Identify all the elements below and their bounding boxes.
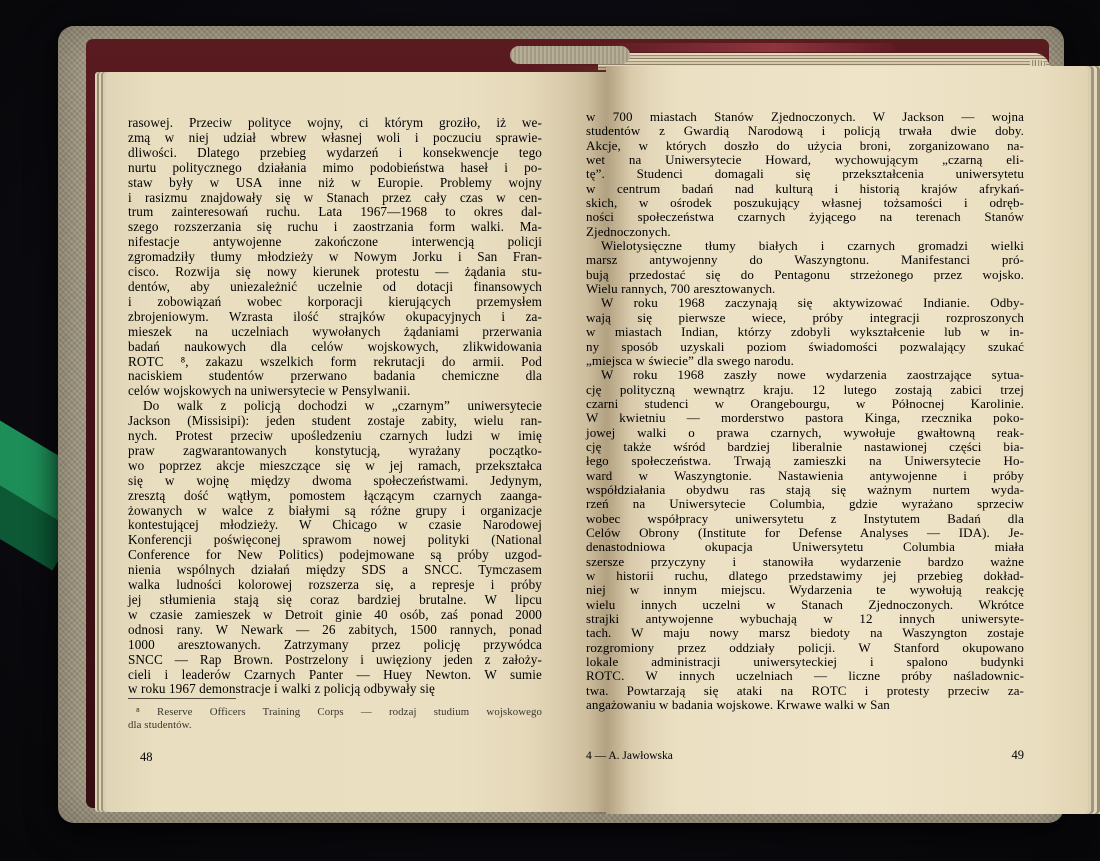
text-line: szego rozszerzania się ruchu i zaostrzan…	[128, 220, 542, 235]
text-line: się w wojnę między dwoma społeczeństwami…	[128, 474, 542, 489]
text-line: bują przedostać się do Pentagonu strzeżo…	[586, 268, 1024, 282]
signature-mark: 4 — A. Jawłowska	[586, 750, 673, 762]
text-line: nurtu politycznego działania mimo podobi…	[128, 161, 542, 176]
text-line: naciskiem studentów przerwano badania ch…	[128, 369, 542, 384]
text-line: jej stłumienia stają się coraz bardziej …	[128, 593, 542, 608]
text-line: tę”. Studenci domagali się przekształcen…	[586, 167, 1024, 181]
text-line: tach. W maju nowy marsz biedoty na Waszy…	[586, 626, 1024, 640]
text-line: w roku 1967 demonstracje i walki z polic…	[128, 682, 542, 697]
paragraph: ⁸ Reserve Officers Training Corps — rodz…	[128, 706, 542, 732]
text-line: nienia wspólnych działań między SDS a SN…	[128, 563, 542, 578]
text-line: lokale administracji uniwersyteckiej i s…	[586, 655, 1024, 669]
paragraph: W roku 1968 zaszły nowe wydarzenia zaost…	[586, 368, 1024, 712]
text-line: skich, w ośrodek poszukujący własnej toż…	[586, 196, 1024, 210]
text-line: i rasizmu znajdowały się w Stanach przez…	[128, 191, 542, 206]
text-line: czarni studenci w Orangebourgu, w Północ…	[586, 397, 1024, 411]
text-line: walka ludności kolorowej rozszerza się, …	[128, 578, 542, 593]
right-page-footer: 4 — A. Jawłowska 49	[586, 748, 1024, 763]
text-line: trum zainteresowań ruchu. Lata 1967—1968…	[128, 205, 542, 220]
text-line: „miejsca w świecie” dla swego narodu.	[586, 354, 1024, 368]
page-number-right: 49	[1012, 748, 1025, 763]
text-line: ⁸ Reserve Officers Training Corps — rodz…	[128, 706, 542, 719]
text-line: Wielu rannych, 700 aresztowanych.	[586, 282, 1024, 296]
text-line: staw były w USA inne niż w Europie. Prob…	[128, 176, 542, 191]
text-line: studentów z Gwardią Narodową i policją t…	[586, 124, 1024, 138]
text-line: w 700 miastach Stanów Zjednoczonych. W J…	[586, 110, 1024, 124]
text-line: nifestacje antywojenne zakończone interw…	[128, 235, 542, 250]
text-line: wo poprzez akcje mieszczące się w jej ra…	[128, 459, 542, 474]
text-line: Konferencji poświęconej sprawom nowej po…	[128, 533, 542, 548]
page-number-left: 48	[140, 750, 153, 765]
text-line: cieli i leaderów Czarnych Panter — Huey …	[128, 668, 542, 683]
right-page-text: w 700 miastach Stanów Zjednoczonych. W J…	[586, 110, 1024, 712]
text-line: odnosi rany. W Newark — 26 zabitych, 150…	[128, 623, 542, 638]
text-line: żowanych w walce z białymi są różne grup…	[128, 504, 542, 519]
cover-board-gloss	[594, 43, 894, 52]
text-line: jowej walki o prawa czarnych, wywołuje g…	[586, 426, 1024, 440]
text-line: dla studentów.	[128, 719, 542, 732]
text-line: niej w innym miejscu. Wydarzenia te wywo…	[586, 583, 1024, 597]
text-line: wobec współpracy uniwersytetu z Instytut…	[586, 512, 1024, 526]
text-line: dliwości. Dlatego przebieg wydarzeń i ko…	[128, 146, 542, 161]
text-line: mieszek na uczelniach wywołanych żądania…	[128, 325, 542, 340]
text-line: wają się pierwsze wiece, próby integracj…	[586, 311, 1024, 325]
text-line: Zjednoczonych.	[586, 225, 1024, 239]
text-line: Conference for New Politics) podejmowane…	[128, 548, 542, 563]
text-line: współdziałania obydwu ras stają się ważn…	[586, 483, 1024, 497]
text-line: nych. Protest przeciw upośledzeniu czarn…	[128, 429, 542, 444]
left-page-text: rasowej. Przeciw polityce wojny, ci któr…	[128, 116, 542, 697]
text-line: rasowej. Przeciw polityce wojny, ci któr…	[128, 116, 542, 131]
text-line: zbrojeniowym. Wzrasta ilość strajków oku…	[128, 310, 542, 325]
text-line: rozgromiony przez oddziały policji. W St…	[586, 641, 1024, 655]
paragraph: w 700 miastach Stanów Zjednoczonych. W J…	[586, 110, 1024, 239]
text-line: badań naukowych dla celów wojskowych, zl…	[128, 340, 542, 355]
text-line: i zobowiązań wobec korporacji kierującyc…	[128, 295, 542, 310]
text-line: cisco. Rozwija się nowy kierunek protest…	[128, 265, 542, 280]
text-line: ward w Waszyngtonie. Nastawienia antywoj…	[586, 469, 1024, 483]
footnote-rule	[128, 698, 236, 699]
text-line: ny sposób uzyskali poziom świadomości po…	[586, 340, 1024, 354]
text-line: w historii ruchu, dlatego przedstawimy j…	[586, 569, 1024, 583]
paragraph: Wielotysięczne tłumy białych i czarnych …	[586, 239, 1024, 296]
text-line: 1000 aresztowanych. Zatrzymany przez pol…	[128, 638, 542, 653]
text-line: wet na Uniwersytecie Howard, wychowujący…	[586, 153, 1024, 167]
text-line: dentów, aby uniezależnić uczelnie od dot…	[128, 280, 542, 295]
text-line: W roku 1968 zaszły nowe wydarzenia zaost…	[586, 368, 1024, 382]
text-line: Do walk z policją dochodzi w „czarnym” u…	[128, 399, 542, 414]
text-line: w centrum badań nad kulturą i historią k…	[586, 182, 1024, 196]
paragraph: W roku 1968 zaczynają się aktywizować In…	[586, 296, 1024, 368]
text-line: Wielotysięczne tłumy białych i czarnych …	[586, 239, 1024, 253]
text-line: SNCC — Rap Brown. Postrzelony i uwięzion…	[128, 653, 542, 668]
text-line: szersze przyczyny i stanowiła wydarzenie…	[586, 555, 1024, 569]
text-line: Jackson (Missisipi): jeden student zosta…	[128, 414, 542, 429]
text-line: Celów Obrony (Institute for Defense Anal…	[586, 526, 1024, 540]
open-book: rasowej. Przeciw polityce wojny, ci któr…	[58, 26, 1064, 823]
text-line: zgromadziły tłumy młodzieży w Nowym Jork…	[128, 250, 542, 265]
text-line: rzeń na Uniwersytecie Columbia, gdzie wy…	[586, 497, 1024, 511]
text-line: Akcje, w których doszło do użycia broni,…	[586, 139, 1024, 153]
text-line: kontestującej młodzieży. W Chicago w cza…	[128, 518, 542, 533]
text-line: ności społeczeństwa czarnych żyjącego na…	[586, 210, 1024, 224]
paragraph: rasowej. Przeciw polityce wojny, ci któr…	[128, 116, 542, 399]
text-line: marsz antywojenny do Waszyngtonu. Manife…	[586, 253, 1024, 267]
text-line: celów wojskowych na uniwersytecie w Pens…	[128, 384, 542, 399]
text-line: cję także wśród bardziej liberalnie nast…	[586, 440, 1024, 454]
text-line: praw zagwarantowanych konstytucją, wyraż…	[128, 444, 542, 459]
text-line: w miastach Indian, którzy zdobyli wykszt…	[586, 325, 1024, 339]
text-line: twa. Powtarzają się ataki na ROTC i prot…	[586, 684, 1024, 698]
text-line: cję polityczną wewnątrz kraju. 12 lutego…	[586, 383, 1024, 397]
text-line: w czasie zamieszek w Detroit ginie 40 os…	[128, 608, 542, 623]
text-line: W kwietniu — morderstwo pastora Kinga, r…	[586, 411, 1024, 425]
text-line: ROTC. W innych uczelniach — liczne próby…	[586, 669, 1024, 683]
text-line: W roku 1968 zaczynają się aktywizować In…	[586, 296, 1024, 310]
text-line: zresztą dość wątłym, pomostem łączącym c…	[128, 489, 542, 504]
text-line: denastodniowa okupacja Uniwersytetu Colu…	[586, 540, 1024, 554]
text-line: zmą w niej udział wbrew własnej woli i p…	[128, 131, 542, 146]
footnote-text: ⁸ Reserve Officers Training Corps — rodz…	[128, 706, 542, 732]
text-line: strajki antywojenne wybuchają w 12 innyc…	[586, 612, 1024, 626]
text-line: łego społeczeństwa. Trwają zamieszki na …	[586, 454, 1024, 468]
text-line: ROTC ⁸, zakazu wszelkich form rekrutacji…	[128, 355, 542, 370]
footnote: ⁸ Reserve Officers Training Corps — rodz…	[128, 698, 542, 732]
photo-background: rasowej. Przeciw polityce wojny, ci któr…	[0, 0, 1100, 861]
book-headband	[510, 46, 630, 64]
paragraph: Do walk z policją dochodzi w „czarnym” u…	[128, 399, 542, 697]
text-line: wielu innych uczelni w Stanach Zjednoczo…	[586, 598, 1024, 612]
text-line: angażowaniu w badania wojskowe. Krwawe w…	[586, 698, 1024, 712]
